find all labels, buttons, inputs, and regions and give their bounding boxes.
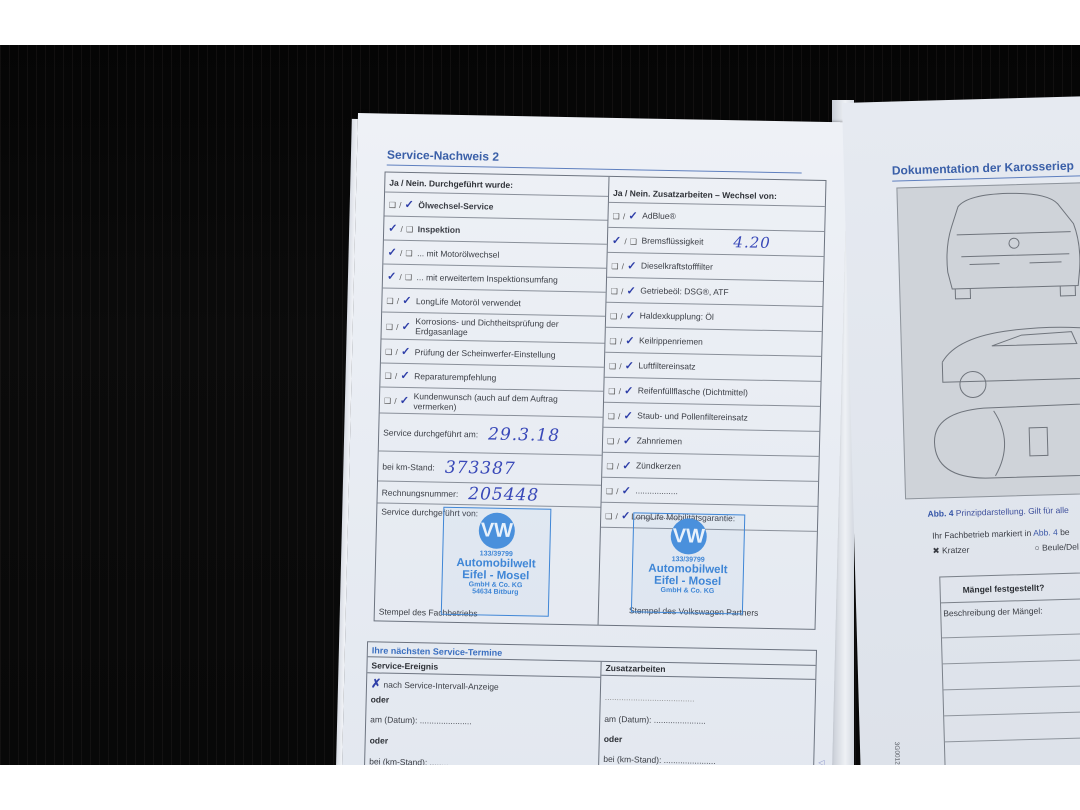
check-mark-icon: ✓	[402, 295, 412, 307]
check-mark-icon: ✓	[400, 395, 410, 407]
part-number: 3G0012701SB	[893, 742, 901, 765]
check-mark-icon: ✓	[626, 310, 636, 322]
row-label: Prüfung der Scheinwerfer-Einstellung	[415, 347, 556, 360]
defect-line[interactable]	[944, 710, 1080, 717]
yes-no-checkbox[interactable]: ❑ / ✓	[384, 394, 410, 407]
dealer-stamp: VW133/39799AutomobilweltEifel - MoselGmb…	[441, 507, 552, 617]
additional-work-field[interactable]: ......................................	[605, 692, 695, 704]
figure-label: Abb. 4	[927, 508, 953, 519]
additional-work-column: Ja / Nein. Zusatzarbeiten – Wechsel von:…	[599, 177, 826, 629]
service-table: Ja / Nein. Durchgeführt wurde:❑ / ✓Ölwec…	[374, 172, 827, 630]
header-divider-right	[601, 675, 815, 680]
yes-no-checkbox[interactable]: ❑ / ✓	[608, 408, 634, 421]
dealer-stamp: VW133/39799AutomobilweltEifel - MoselGmb…	[631, 512, 745, 614]
service-date-row: Service durchgeführt am:29.3.18	[379, 413, 603, 455]
yes-no-checkbox[interactable]: ✓ / ❑	[387, 246, 413, 259]
marking-instructions: Ihr Fachbetrieb markiert in Abb. 4 be	[932, 527, 1070, 541]
check-mark-icon: ✓	[628, 210, 638, 222]
right-date-field[interactable]: am (Datum): ......................	[604, 714, 706, 726]
yes-no-checkbox[interactable]: ❑ / ✓	[386, 294, 412, 307]
row-label: bei km-Stand:	[382, 461, 435, 472]
row-label: Reifenfüllflasche (Dichtmittel)	[638, 385, 748, 397]
next-service-table: Service-Ereignis ✗ nach Service-Interval…	[365, 656, 816, 765]
page-title: Service-Nachweis 2	[387, 148, 499, 164]
legend-scratch: ✖ Kratzer	[932, 545, 969, 557]
right-or-label: oder	[604, 734, 623, 744]
yes-no-checkbox[interactable]: ❑ / ✓	[608, 383, 634, 396]
handwritten-service-date: 29.3.18	[488, 424, 560, 445]
check-mark-icon: ✓	[622, 485, 632, 497]
yes-no-checkbox[interactable]: ❑ / ✓	[609, 358, 635, 371]
service-event-header: Service-Ereignis	[371, 660, 438, 671]
row-label: Ölwechsel-Service	[418, 200, 493, 211]
stamp-name-1: Automobilwelt	[633, 562, 743, 576]
yes-no-checkbox[interactable]: ❑ / ✓	[389, 198, 415, 211]
check-mark-icon: ✓	[623, 410, 633, 422]
right-page-title: Dokumentation der Karosseriep	[892, 159, 1074, 178]
row-label: Service durchgeführt am:	[383, 427, 478, 439]
interval-option[interactable]: ✗ nach Service-Intervall-Anzeige	[371, 676, 499, 692]
row-label: Luftfiltereinsatz	[638, 360, 695, 371]
row-label: Zahnriemen	[637, 435, 683, 446]
marking-text: Ihr Fachbetrieb markiert in	[932, 528, 1031, 541]
yes-no-checkbox[interactable]: ❑ / ✓	[610, 308, 636, 321]
body-documentation-page: Dokumentation der Karosseriep	[842, 96, 1080, 765]
km-field[interactable]: bei (km-Stand): ......................	[369, 756, 482, 765]
service-record-page: Service-Nachweis 2 Ja / Nein. Durchgefüh…	[342, 113, 848, 765]
row-label: Bremsflüssigkeit	[641, 235, 703, 246]
check-mark-icon: ✓	[627, 260, 637, 272]
marking-suffix: be	[1060, 527, 1070, 537]
yes-no-checkbox[interactable]: ✓ / ❑	[388, 222, 414, 235]
check-mark-icon: ✓	[401, 320, 411, 332]
row-label: ... mit Motorölwechsel	[417, 248, 499, 260]
handwritten-note: 4.20	[733, 233, 771, 252]
row-label: Kundenwunsch (auch auf dem Auftrag verme…	[413, 391, 603, 415]
row-label: Zündkerzen	[636, 460, 681, 471]
check-mark-icon: ✓	[625, 335, 635, 347]
or-label: oder	[371, 694, 390, 704]
row-label: ..................	[635, 485, 678, 496]
yes-no-checkbox[interactable]: ❑ / ✓	[384, 369, 410, 382]
handwritten-invoice: 205448	[468, 484, 539, 505]
row-label: Korrosions- und Dichtheitsprüfung der Er…	[415, 316, 605, 340]
car-diagram	[896, 181, 1080, 499]
check-mark-icon: ✓	[401, 346, 411, 358]
yes-no-checkbox[interactable]: ❑ / ✓	[611, 258, 637, 271]
row-label: LongLife Motoröl verwendet	[416, 296, 521, 308]
or-label-2: oder	[370, 735, 389, 745]
defect-line[interactable]	[942, 632, 1080, 639]
next-service-box: Ihre nächsten Service-Termine Service-Er…	[364, 641, 817, 765]
yes-no-checkbox[interactable]: ✓ / ❑	[387, 270, 413, 283]
row-label: Reparaturempfehlung	[414, 371, 496, 383]
right-km-field[interactable]: bei (km-Stand): ......................	[603, 754, 716, 765]
additional-work-next-column: Zusatzarbeiten .........................…	[599, 662, 816, 765]
row-label: Staub- und Pollenfiltereinsatz	[637, 410, 748, 422]
check-mark-icon: ✓	[612, 234, 622, 246]
yes-no-checkbox[interactable]: ❑ / ✓	[611, 283, 637, 296]
row-label: Keilrippenriemen	[639, 335, 703, 346]
row-label: Getriebeöl: DSG®, ATF	[640, 285, 729, 297]
defects-description-label: Beschreibung der Mängel:	[943, 606, 1042, 619]
photo-background: Service-Nachweis 2 Ja / Nein. Durchgefüh…	[0, 45, 1080, 765]
partner-stamp-cell: LongLife Mobilitätsgarantie:Stempel des …	[599, 508, 818, 629]
check-mark-icon: ✓	[625, 360, 635, 372]
vw-logo-icon: VW	[478, 512, 515, 549]
yes-no-checkbox[interactable]: ❑ / ✓	[607, 433, 633, 446]
row-label: Ja / Nein. Zusatzarbeiten – Wechsel von:	[613, 187, 777, 200]
service-event-column: Service-Ereignis ✗ nach Service-Interval…	[365, 657, 602, 765]
workshop-stamp-cell: Service durchgeführt von:Stempel des Fac…	[375, 503, 601, 624]
legend-dent: ○ Beule/Del	[1034, 542, 1079, 553]
row-label: AdBlue®	[642, 210, 676, 221]
row-label: ... mit erweitertem Inspektionsumfang	[416, 272, 557, 285]
row-label: Dieselkraftstofffilter	[641, 260, 713, 271]
defect-line[interactable]	[943, 684, 1080, 691]
yes-no-checkbox[interactable]: ❑ / ✓	[606, 483, 632, 496]
page-arrow-icon: ◁	[818, 758, 824, 765]
check-mark-icon: ✓	[387, 247, 397, 259]
yes-no-checkbox[interactable]: ❑ / ✓	[386, 319, 412, 332]
km-row: bei km-Stand:373387	[378, 451, 602, 485]
figure-caption-text: Prinzipdarstellung. Gilt für alle	[956, 505, 1069, 518]
marking-ref: Abb. 4	[1033, 527, 1058, 538]
check-mark-icon: ✓	[404, 199, 414, 211]
row-label: Inspektion	[418, 224, 461, 235]
yes-no-checkbox[interactable]: ❑ / ✓	[606, 458, 632, 471]
date-field[interactable]: am (Datum): ......................	[370, 714, 472, 726]
vw-logo-icon: VW	[670, 518, 707, 555]
defects-box: Mängel festgestellt? Beschreibung der Mä…	[939, 571, 1080, 765]
check-mark-icon: ✓	[388, 223, 398, 235]
row-label: Rechnungsnummer:	[382, 487, 459, 498]
figure-caption: Abb. 4 Prinzipdarstellung. Gilt für alle	[927, 505, 1069, 519]
check-mark-icon: ✗	[371, 676, 381, 690]
defects-header: Mängel festgestellt?	[940, 572, 1080, 604]
car-outline-icon	[897, 182, 1080, 500]
check-mark-icon: ✓	[623, 435, 633, 447]
check-mark-icon: ✓	[622, 460, 632, 472]
additional-work-header: Zusatzarbeiten	[605, 663, 665, 674]
yes-no-checkbox[interactable]: ❑ / ✓	[385, 345, 411, 358]
check-mark-icon: ✓	[624, 385, 634, 397]
row-label: Ja / Nein. Durchgeführt wurde:	[389, 177, 513, 189]
defect-line[interactable]	[943, 658, 1080, 665]
check-mark-icon: ✓	[387, 271, 397, 283]
stamp-city: 54634 Bitburg	[442, 588, 548, 597]
yes-no-checkbox[interactable]: ✓ / ❑	[612, 233, 638, 246]
handwritten-km: 373387	[445, 457, 516, 478]
interval-option-label: nach Service-Intervall-Anzeige	[383, 680, 499, 692]
stamp-company: GmbH & Co. KG	[632, 586, 742, 595]
performed-column: Ja / Nein. Durchgeführt wurde:❑ / ✓Ölwec…	[375, 173, 610, 625]
yes-no-checkbox[interactable]: ❑ / ✓	[612, 208, 638, 221]
check-mark-icon: ✓	[400, 370, 410, 382]
stamp-name-1: Automobilwelt	[443, 557, 549, 571]
service-row: ❑ / ✓Korrosions- und Dichtheitsprüfung d…	[381, 313, 605, 344]
row-label: Haldexkupplung: Öl	[640, 310, 714, 321]
yes-no-checkbox[interactable]: ❑ / ✓	[609, 333, 635, 346]
check-mark-icon: ✓	[626, 285, 636, 297]
defect-line[interactable]	[945, 736, 1080, 743]
